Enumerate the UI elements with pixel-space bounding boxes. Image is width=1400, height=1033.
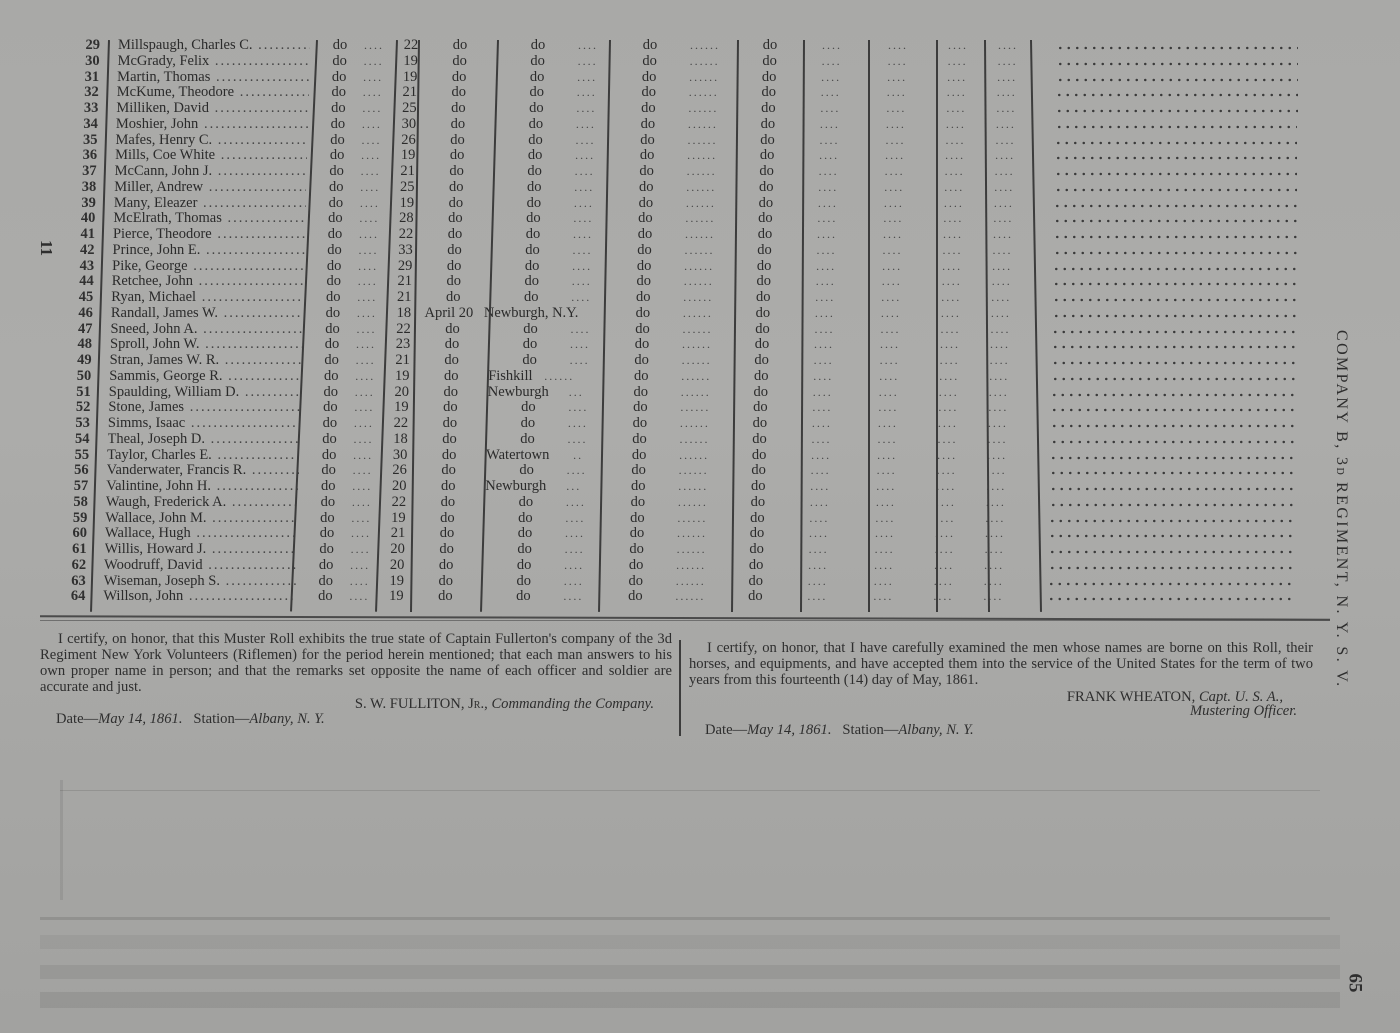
dot-leader: ... (569, 384, 584, 400)
mustered-where: do (739, 525, 775, 541)
mustered-where: do (747, 226, 783, 242)
table-row: 52Stone, Jamesdo....19dodo....do......do… (0, 399, 1320, 415)
table-row: 61Willis, Howard J.do....20dodo....do...… (0, 541, 1317, 557)
blank-column-dots: .... (812, 431, 832, 447)
soldier-name-text: Retchee, John (112, 273, 304, 289)
enlisted-where: do (507, 525, 543, 541)
blank-column-dots: .... (992, 273, 1012, 289)
blank-column-dots: .... (807, 588, 827, 604)
dot-leader: .... (349, 588, 369, 604)
dot-leader: .... (361, 147, 381, 163)
dot-leader: .... (565, 525, 585, 541)
mustered-where: do (749, 163, 785, 179)
blank-column-dots: .... (811, 462, 831, 478)
table-row: 54Theal, Joseph D.do....18dodo....do....… (0, 431, 1320, 447)
blank-column-dots: .... (993, 242, 1013, 258)
blank-column-dots: .... (817, 210, 837, 226)
soldier-name-text: McKume, Theodore (117, 84, 309, 100)
remarks-dot-leader (1048, 531, 1295, 541)
enlisted-where: do (513, 289, 549, 305)
blank-column-dots: .... (877, 462, 897, 478)
blank-column-dots: .... (987, 462, 1007, 478)
mustered-when: do (624, 352, 660, 368)
enlisted-when: do (426, 557, 466, 573)
blank-column-dots: .... (811, 447, 831, 463)
mustered-where: do (741, 462, 777, 478)
soldier-name-text: Randall, James W. (111, 305, 303, 321)
mustered-when: do (617, 588, 653, 604)
blank-column-dots: .... (814, 336, 834, 352)
enlisted-when: do (429, 462, 469, 478)
age: 22 (396, 37, 426, 53)
blank-column-dots: .... (988, 415, 1008, 431)
enlisted-where: Newburgh, N.Y. (484, 305, 579, 321)
enlisted-where: do (509, 462, 545, 478)
blank-column-dots: .... (984, 573, 1004, 589)
enlisted-where: do (518, 100, 554, 116)
dot-leader: .... (353, 447, 373, 463)
blank-column-dots: .... (941, 289, 961, 305)
remarks-dot-leader (1051, 358, 1296, 368)
soldier-name: McGrady, Felix (118, 53, 310, 69)
blank-column-dots: .... (942, 258, 962, 274)
certificate-left-date-station: Date—May 14, 1861. Station—Albany, N. Y. (40, 711, 672, 727)
remarks-dot-leader (1051, 342, 1296, 352)
blank-column-dots: .... (940, 321, 960, 337)
remarks-dot-leader (1047, 579, 1294, 589)
soldier-name-text: Sproll, John W. (110, 336, 302, 352)
blank-column-dots: .... (883, 242, 903, 258)
mustered-when: do (632, 53, 668, 69)
row-number: 37 (67, 163, 97, 179)
blank-column-dots: .... (815, 289, 835, 305)
blank-column-dots: .... (940, 352, 960, 368)
dot-leader: .... (351, 510, 371, 526)
mustered-when: do (628, 195, 664, 211)
enlisted-when: do (440, 53, 480, 69)
mustered-where: do (751, 69, 787, 85)
blank-column-dots: .... (994, 195, 1014, 211)
remarks-dot-leader (1055, 90, 1297, 100)
enlisted-when: do (440, 37, 480, 53)
dot-leader: .... (360, 179, 380, 195)
blank-column-dots: .... (814, 321, 834, 337)
soldier-name-text: McGrady, Felix (118, 53, 310, 69)
row-number: 30 (70, 53, 100, 69)
blank-column-dots: .... (876, 478, 896, 494)
mustered-where: do (749, 147, 785, 163)
blank-column-dots: .... (935, 525, 955, 541)
blank-column-dots: .... (983, 588, 1003, 604)
blank-column-dots: .... (813, 368, 833, 384)
enlisted-where: do (507, 541, 543, 557)
table-row: 59Wallace, John M.do....19dodo....do....… (0, 510, 1317, 526)
dot-leader: ...... (676, 573, 706, 589)
dot-leader: .... (571, 289, 591, 305)
dot-leader: .... (364, 37, 384, 53)
age: 26 (393, 132, 423, 148)
rank-ditto: do (312, 431, 348, 447)
dot-leader: .... (362, 100, 382, 116)
enlisted-when: do (431, 368, 471, 384)
remarks-dot-leader (1056, 43, 1298, 53)
enlisted-when: do (430, 415, 470, 431)
mustered-where: do (745, 305, 781, 321)
mustered-where: do (749, 132, 785, 148)
rank-ditto: do (307, 588, 343, 604)
soldier-name: Theal, Joseph D. (108, 431, 300, 447)
dot-leader: .... (358, 273, 378, 289)
enlisted-where: do (518, 116, 554, 132)
soldier-name-text: Many, Eleazer (114, 195, 306, 211)
blank-column-dots: .... (881, 305, 901, 321)
enlisted-where: Watertown (486, 447, 549, 463)
remarks-dot-leader (1053, 232, 1297, 242)
row-number: 33 (68, 100, 98, 116)
age: 19 (395, 69, 425, 85)
enlisted-when: April 20 (417, 305, 481, 321)
soldier-name: McCann, John J. (115, 163, 307, 179)
mustered-where: do (747, 242, 783, 258)
enlisted-when: do (430, 431, 470, 447)
blank-column-dots: .... (878, 399, 898, 415)
row-number: 44 (64, 273, 94, 289)
blank-column-dots: .... (808, 573, 828, 589)
soldier-name: Retchee, John (112, 273, 304, 289)
table-row: 32McKume, Theodoredo....21dodo....do....… (0, 84, 1329, 100)
row-number: 55 (59, 447, 89, 463)
remarks-dot-leader (1054, 185, 1297, 195)
mustered-when: do (629, 132, 665, 148)
mustered-when: do (624, 336, 660, 352)
soldier-name-text: Woodruff, David (104, 557, 296, 573)
table-row: 50Sammis, George R.do....19doFishkill...… (0, 368, 1321, 384)
mustered-where: do (752, 37, 788, 53)
age: 21 (395, 84, 425, 100)
soldier-name-text: Miller, Andrew (114, 179, 306, 195)
blank-column-dots: .... (812, 399, 832, 415)
dot-leader: .... (575, 132, 595, 148)
dot-leader: ...... (678, 478, 708, 494)
mustered-when: do (619, 541, 655, 557)
dot-leader: .... (568, 399, 588, 415)
dot-leader: .... (354, 431, 374, 447)
blank-column-dots: .... (882, 258, 902, 274)
soldier-name: Vanderwater, Francis R. (107, 462, 299, 478)
age: 22 (386, 415, 416, 431)
soldier-name-text: McElrath, Thomas (113, 210, 305, 226)
blank-column-dots: .... (941, 305, 961, 321)
row-number: 39 (66, 195, 96, 211)
blank-column-dots: .... (948, 37, 968, 53)
row-number: 48 (62, 336, 92, 352)
remarks-dot-leader (1053, 248, 1297, 258)
dot-leader: ...... (687, 132, 717, 148)
dot-leader: .... (576, 116, 596, 132)
enlisted-where: do (515, 210, 551, 226)
age: 19 (393, 147, 423, 163)
age: 20 (384, 478, 414, 494)
blank-column-dots: .... (880, 321, 900, 337)
blank-column-dots: .... (947, 69, 967, 85)
soldier-name: Sneed, John A. (110, 321, 302, 337)
dot-leader: ...... (678, 494, 708, 510)
table-row: 58Waugh, Frederick A.do....22dodo....do.… (0, 494, 1318, 510)
soldier-name: Pierce, Theodore (113, 226, 305, 242)
age: 20 (383, 541, 413, 557)
age: 25 (394, 100, 424, 116)
mustered-where: do (738, 557, 774, 573)
dot-leader: ...... (683, 305, 713, 321)
rank-ditto: do (322, 53, 358, 69)
soldier-name: Millspaugh, Charles C. (118, 37, 310, 53)
enlisted-where: do (520, 37, 556, 53)
mustered-where: do (746, 273, 782, 289)
remarks-dot-leader (1048, 516, 1295, 526)
blank-column-dots: .... (819, 132, 839, 148)
enlisted-where: do (512, 336, 548, 352)
dot-leader: .... (578, 53, 598, 69)
row-number: 62 (56, 557, 86, 573)
dot-leader: ...... (684, 273, 714, 289)
enlisted-where: do (517, 147, 553, 163)
enlisted-when: do (427, 525, 467, 541)
blank-column-dots: .... (883, 226, 903, 242)
enlisted-when: do (439, 69, 479, 85)
dot-leader: ...... (680, 399, 710, 415)
mustered-when: do (624, 321, 660, 337)
soldier-name: Wallace, John M. (105, 510, 297, 526)
blank-column-dots: .... (936, 478, 956, 494)
soldier-name: McKume, Theodore (117, 84, 309, 100)
dot-leader: .... (359, 226, 379, 242)
mustered-where: do (748, 179, 784, 195)
row-number: 57 (58, 478, 88, 494)
enlisted-when: do (437, 147, 477, 163)
soldier-name-text: Martin, Thomas (117, 69, 309, 85)
dot-leader: .... (364, 53, 384, 69)
mustered-where: do (739, 510, 775, 526)
row-number: 43 (64, 258, 94, 274)
blank-column-dots: .... (808, 557, 828, 573)
blank-column-dots: .... (995, 163, 1015, 179)
soldier-name-text: Wallace, John M. (105, 510, 297, 526)
enlisted-where: do (515, 242, 551, 258)
remarks-dot-leader (1054, 169, 1297, 179)
remarks-dot-leader (1049, 453, 1295, 463)
rank-ditto: do (309, 525, 345, 541)
blank-column-dots: .... (990, 321, 1010, 337)
blank-column-dots: .... (882, 273, 902, 289)
mustered-when: do (619, 510, 655, 526)
rank-ditto: do (316, 258, 352, 274)
age: 22 (384, 494, 414, 510)
soldier-name: Taylor, Charles E. (107, 447, 299, 463)
remarks-dot-leader (1050, 405, 1295, 415)
blank-column-dots: .... (876, 494, 896, 510)
row-number: 54 (60, 431, 90, 447)
blank-column-dots: .... (878, 415, 898, 431)
row-number: 40 (65, 210, 95, 226)
blank-column-dots: .... (996, 100, 1016, 116)
enlisted-where: do (519, 69, 555, 85)
blank-column-dots: .... (998, 53, 1018, 69)
soldier-name-text: McCann, John J. (115, 163, 307, 179)
dot-leader: ...... (685, 226, 715, 242)
age: 19 (381, 588, 411, 604)
blank-column-dots: .... (996, 116, 1016, 132)
remarks-dot-leader (1050, 421, 1296, 431)
row-number: 35 (67, 132, 97, 148)
dot-leader: ...... (686, 179, 716, 195)
soldier-name: Stran, James W. R. (110, 352, 302, 368)
soldier-name: Sammis, George R. (109, 368, 301, 384)
enlisted-when: do (427, 541, 467, 557)
enlisted-when: do (428, 494, 468, 510)
soldier-name: McElrath, Thomas (113, 210, 305, 226)
row-number: 42 (65, 242, 95, 258)
enlisted-where: do (517, 163, 553, 179)
blank-column-dots: .... (945, 147, 965, 163)
dot-leader: .... (363, 69, 383, 85)
mustered-where: do (742, 399, 778, 415)
bleed-through-text (40, 965, 1340, 979)
table-row: 33Milliken, Daviddo....25dodo....do.....… (0, 100, 1328, 116)
soldier-name-text: Mafes, Henry C. (115, 132, 307, 148)
mustered-when: do (623, 368, 659, 384)
blank-column-dots: .... (886, 100, 906, 116)
dot-leader: .... (351, 541, 371, 557)
blank-column-dots: .... (986, 478, 1006, 494)
dot-leader: .... (352, 494, 372, 510)
remarks-dot-leader (1051, 374, 1296, 384)
blank-column-dots: .... (995, 132, 1015, 148)
dot-leader: ...... (690, 53, 720, 69)
soldier-name-text: Moshier, John (116, 116, 308, 132)
enlisted-when: do (432, 321, 472, 337)
soldier-name: Stone, James (108, 399, 300, 415)
dot-leader: .... (568, 431, 588, 447)
table-row: 41Pierce, Theodoredo....22dodo....do....… (0, 226, 1325, 242)
table-row: 29Millspaugh, Charles C.do....22dodo....… (0, 37, 1330, 53)
blank-column-dots: .... (946, 116, 966, 132)
soldier-name: Sproll, John W. (110, 336, 302, 352)
soldier-name-text: Pike, George (112, 258, 304, 274)
soldier-name: Mafes, Henry C. (115, 132, 307, 148)
enlisted-where: do (510, 399, 546, 415)
dot-leader: ...... (677, 510, 707, 526)
enlisted-when: do (437, 163, 477, 179)
rank-ditto: do (313, 368, 349, 384)
rank-ditto: do (309, 510, 345, 526)
blank-column-dots: .... (990, 352, 1010, 368)
soldier-name: Mills, Coe White (115, 147, 307, 163)
dot-leader: .... (574, 195, 594, 211)
blank-column-dots: .... (875, 510, 895, 526)
dot-leader: .... (577, 69, 597, 85)
table-row: 45Ryan, Michaeldo....21dodo....do......d… (0, 289, 1323, 305)
mustered-where: do (741, 447, 777, 463)
dot-leader: ...... (680, 431, 710, 447)
bleed-through-text (40, 935, 1340, 949)
dot-leader: .... (361, 163, 381, 179)
blank-column-dots: .... (989, 368, 1009, 384)
dot-leader: .... (356, 352, 376, 368)
dot-leader: .... (363, 84, 383, 100)
bleed-through-table (60, 780, 1333, 900)
soldier-name-text: Prince, John E. (113, 242, 305, 258)
dot-leader: ...... (688, 100, 718, 116)
dot-leader: ...... (688, 116, 718, 132)
enlisted-when: do (438, 100, 478, 116)
dot-leader: .... (359, 242, 379, 258)
blank-column-dots: .... (879, 368, 899, 384)
blank-column-dots: .... (947, 84, 967, 100)
mustered-when: do (621, 447, 657, 463)
row-number: 50 (61, 368, 91, 384)
blank-column-dots: .... (821, 84, 841, 100)
dot-leader: ... (566, 478, 581, 494)
dot-leader: ...... (689, 69, 719, 85)
dot-leader: .... (350, 557, 370, 573)
enlisted-where: do (506, 573, 542, 589)
rank-ditto: do (320, 116, 356, 132)
blank-column-dots: .... (818, 195, 838, 211)
table-row: 34Moshier, Johndo....30dodo....do......d… (0, 116, 1328, 132)
row-number: 29 (70, 37, 100, 53)
mustered-where: do (744, 321, 780, 337)
soldier-name-text: Stone, James (108, 399, 300, 415)
table-row: 35Mafes, Henry C.do....26dodo....do.....… (0, 132, 1327, 148)
dot-leader: .. (573, 447, 583, 463)
row-number: 51 (61, 384, 91, 400)
dot-leader: .... (568, 415, 588, 431)
table-row: 30McGrady, Felixdo....19dodo....do......… (0, 53, 1330, 69)
dot-leader: .... (565, 510, 585, 526)
blank-column-dots: .... (819, 147, 839, 163)
mustered-where: do (742, 415, 778, 431)
table-row: 57Valintine, John H.do....20doNewburgh..… (0, 478, 1318, 494)
rank-ditto: do (314, 352, 350, 368)
blank-column-dots: .... (810, 478, 830, 494)
enlisted-where: do (514, 258, 550, 274)
age: 18 (386, 431, 416, 447)
enlisted-when: do (433, 289, 473, 305)
soldier-name: Martin, Thomas (117, 69, 309, 85)
rank-ditto: do (314, 336, 350, 352)
table-row: 31Martin, Thomasdo....19dodo....do......… (0, 69, 1329, 85)
rank-ditto: do (320, 100, 356, 116)
dot-leader: .... (573, 226, 593, 242)
blank-column-dots: .... (822, 37, 842, 53)
remarks-dot-leader (1049, 468, 1295, 478)
dot-leader: .... (355, 384, 375, 400)
row-number: 38 (66, 179, 96, 195)
dot-leader: ...... (683, 289, 713, 305)
soldier-name: Simms, Isaac (108, 415, 300, 431)
blank-column-dots: .... (988, 399, 1008, 415)
soldier-name: Wiseman, Joseph S. (104, 573, 296, 589)
remarks-dot-leader (1049, 484, 1295, 494)
blank-column-dots: .... (994, 179, 1014, 195)
enlisted-when: do (429, 447, 469, 463)
blank-column-dots: .... (989, 384, 1009, 400)
mustered-where: do (752, 53, 788, 69)
remarks-dot-leader (1054, 153, 1297, 163)
soldier-name: Pike, George (112, 258, 304, 274)
mustered-when: do (620, 478, 656, 494)
row-number: 58 (58, 494, 88, 510)
